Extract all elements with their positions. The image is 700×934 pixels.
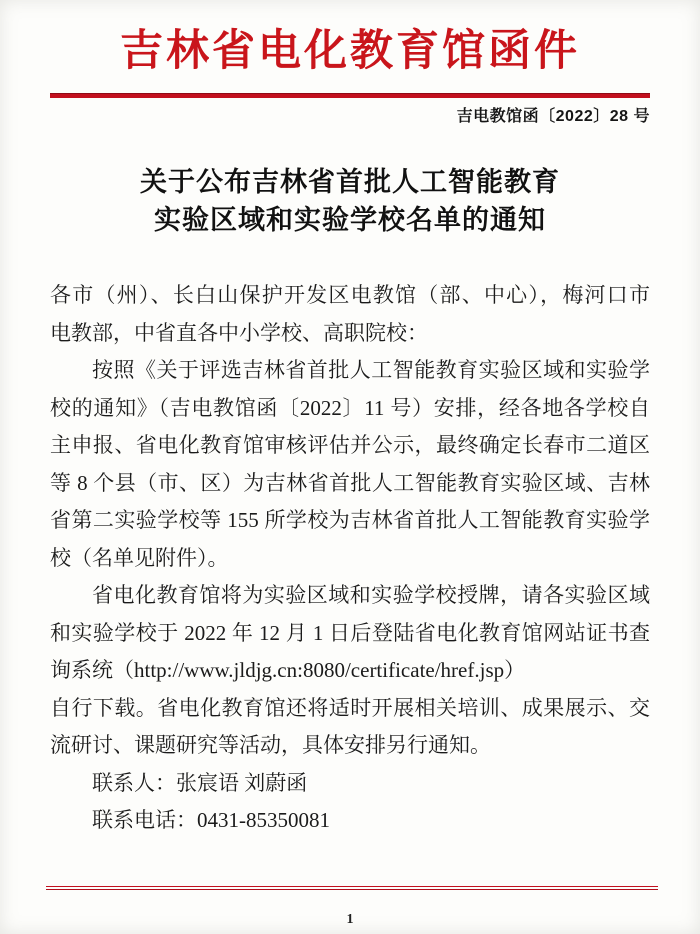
document-title-line-2: 实验区域和实验学校名单的通知 (50, 201, 650, 239)
document-title-line-1: 关于公布吉林省首批人工智能教育 (50, 163, 650, 201)
body-line: 主申报、省电化教育馆审核评估并公示，最终确定长春市二道区 (50, 427, 650, 465)
body-line: 自行下载。省电化教育馆还将适时开展相关培训、成果展示、交 (50, 690, 650, 728)
letterhead-org-title: 吉林省电化教育馆函件 (50, 24, 650, 80)
letterhead-rule (50, 93, 650, 98)
footer-rule (46, 886, 658, 890)
contact-person-line: 联系人：张宸语 刘蔚函 (50, 765, 650, 803)
body-line: 流研讨、课题研究等活动，具体安排另行通知。 (50, 727, 650, 765)
body-line: 和实验学校于 2022 年 12 月 1 日后登陆省电化教育馆网站证书查 (50, 615, 650, 653)
body-line: 校的通知》（吉电教馆函〔2022〕11 号）安排，经各地各学校自 (50, 390, 650, 428)
body-line: 省电化教育馆将为实验区域和实验学校授牌，请各实验区域 (50, 577, 650, 615)
body-line: 各市（州）、长白山保护开发区电教馆（部、中心），梅河口市 (50, 277, 650, 315)
page-number: 1 (0, 912, 700, 928)
body-line: 等 8 个县（市、区）为吉林省首批人工智能教育实验区域、吉林 (50, 465, 650, 503)
document-page: 吉林省电化教育馆函件 吉电教馆函〔2022〕28 号 关于公布吉林省首批人工智能… (0, 0, 700, 934)
body-line-url: 询系统（http://www.jldjg.cn:8080/certificate… (50, 652, 650, 690)
contact-phone-line: 联系电话：0431-85350081 (50, 802, 650, 840)
body-line: 省第二实验学校等 155 所学校为吉林省首批人工智能教育实验学 (50, 502, 650, 540)
body-line: 校（名单见附件）。 (50, 540, 650, 578)
body-line: 按照《关于评选吉林省首批人工智能教育实验区域和实验学 (50, 352, 650, 390)
document-body: 各市（州）、长白山保护开发区电教馆（部、中心），梅河口市 电教部，中省直各中小学… (50, 277, 650, 840)
document-number: 吉电教馆函〔2022〕28 号 (50, 103, 650, 126)
document-title: 关于公布吉林省首批人工智能教育 实验区域和实验学校名单的通知 (50, 163, 650, 239)
body-line: 电教部，中省直各中小学校、高职院校： (50, 315, 650, 353)
